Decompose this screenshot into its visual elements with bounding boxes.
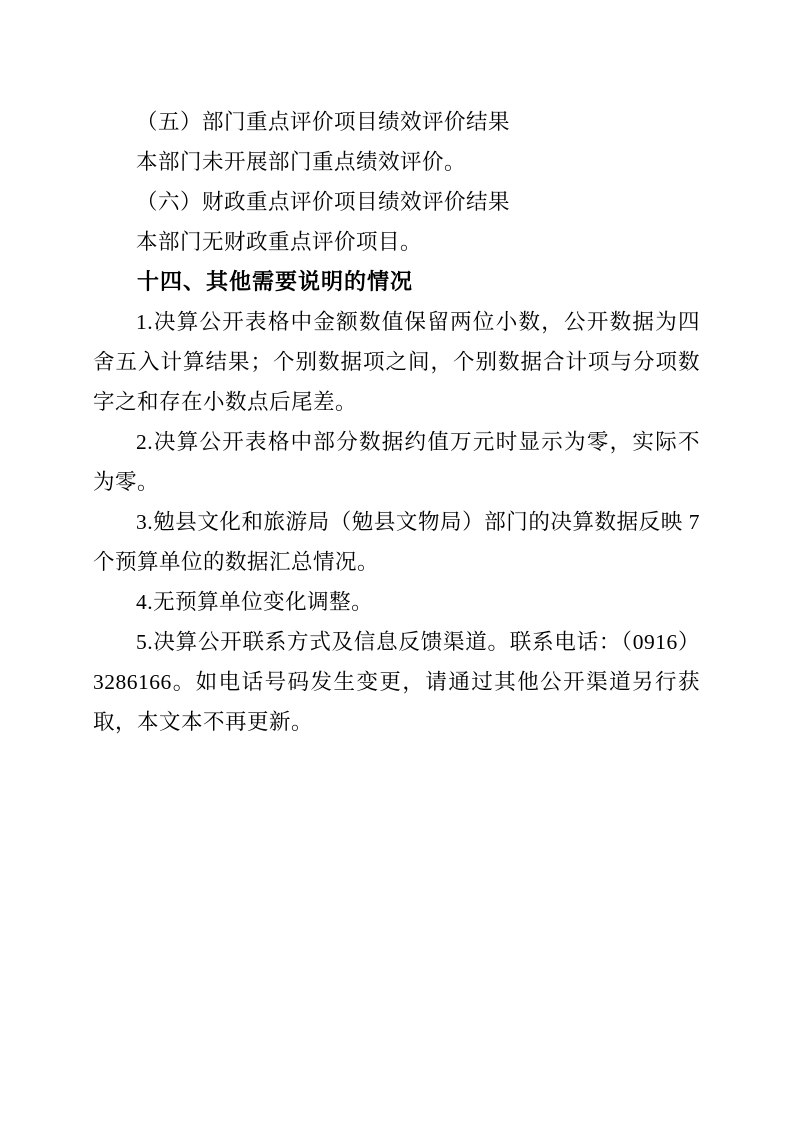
subsection-6-text: 本部门无财政重点评价项目。 bbox=[93, 222, 700, 262]
section-14-heading: 十四、其他需要说明的情况 bbox=[93, 262, 700, 302]
note-2: 2.决算公开表格中部分数据约值万元时显示为零，实际不为零。 bbox=[93, 422, 700, 502]
document-page: （五）部门重点评价项目绩效评价结果 本部门未开展部门重点绩效评价。 （六）财政重… bbox=[0, 0, 793, 1122]
subsection-5-title: （五）部门重点评价项目绩效评价结果 bbox=[93, 102, 700, 142]
note-4: 4.无预算单位变化调整。 bbox=[93, 582, 700, 622]
subsection-5-text: 本部门未开展部门重点绩效评价。 bbox=[93, 142, 700, 182]
note-5: 5.决算公开联系方式及信息反馈渠道。联系电话：（0916）3286166。如电话… bbox=[93, 622, 700, 742]
note-3: 3.勉县文化和旅游局（勉县文物局）部门的决算数据反映 7 个预算单位的数据汇总情… bbox=[93, 502, 700, 582]
subsection-6-title: （六）财政重点评价项目绩效评价结果 bbox=[93, 182, 700, 222]
note-1: 1.决算公开表格中金额数值保留两位小数，公开数据为四舍五入计算结果；个别数据项之… bbox=[93, 302, 700, 422]
